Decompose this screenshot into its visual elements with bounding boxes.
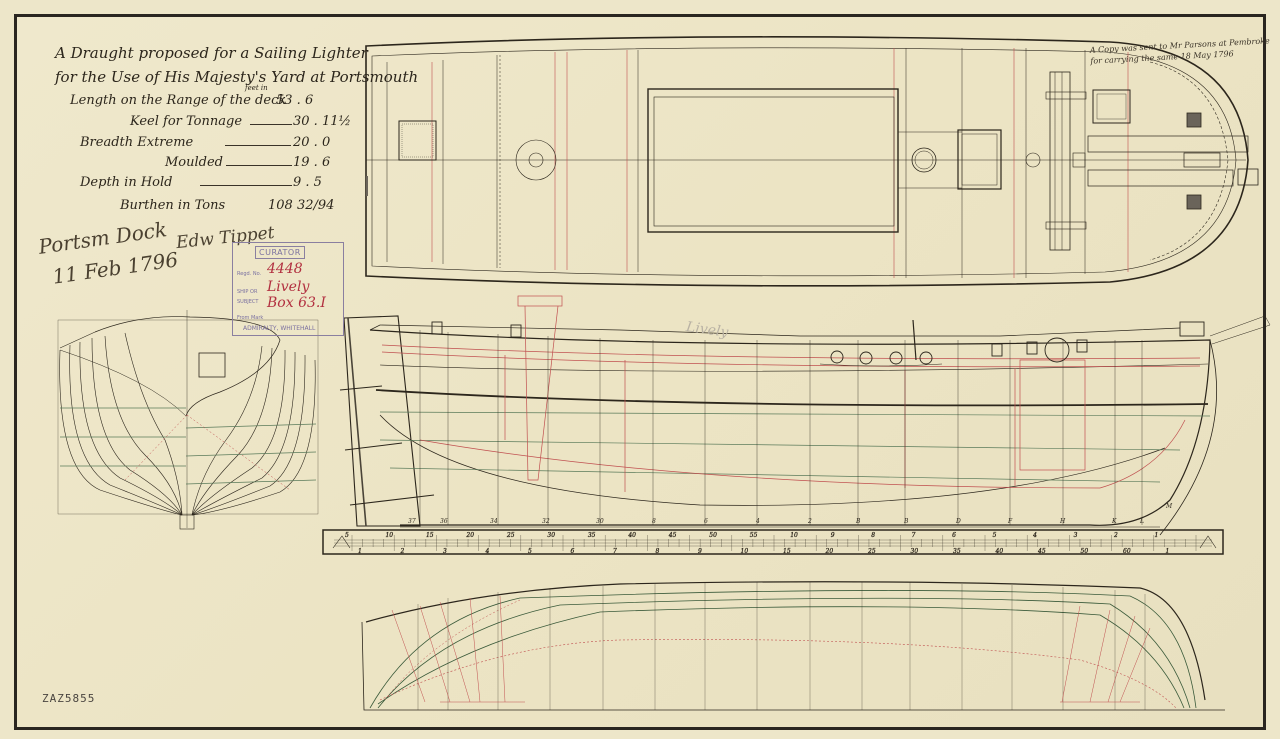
half-breadth-plan [362,582,1225,710]
stamp-footer: ADMIRALTY, WHITEHALL [243,325,315,332]
svg-text:7: 7 [613,548,617,555]
svg-text:50: 50 [709,532,717,539]
scale-ticks: 5101520253035404550551098765432112345678… [345,532,1196,555]
svg-text:25: 25 [867,548,876,555]
dimension-label: Breadth Extreme [80,135,193,150]
svg-text:8: 8 [871,532,875,539]
svg-text:F: F [1007,518,1013,525]
svg-text:8: 8 [652,518,656,525]
svg-text:L: L [1139,518,1144,525]
svg-text:4: 4 [755,518,760,525]
dimension-row-burthen: Burthen in Tons 108 32/94 [120,198,225,213]
svg-text:6: 6 [952,532,956,539]
svg-text:25: 25 [506,532,515,539]
svg-text:37: 37 [408,518,416,525]
stamp-reg-number: 4448 [267,261,303,277]
svg-text:30: 30 [547,532,555,539]
dimension-label: Keel for Tonnage [130,114,242,129]
svg-text:6: 6 [571,548,575,555]
svg-text:1: 1 [1155,532,1159,539]
station-labels: 37 36 34 32 30 8 6 4 2 B B D F H K L M [408,503,1173,525]
svg-text:2: 2 [807,518,812,525]
stamp-label: From Mark [237,315,263,321]
svg-text:30: 30 [911,548,919,555]
svg-text:M: M [1165,503,1173,510]
unit-header: feet in [245,84,268,92]
title-line-2: for the Use of His Majesty's Yard at Por… [55,68,418,86]
stamp-label: Regd. No. [237,271,261,277]
dimension-label: Burthen in Tons [120,198,225,213]
document-sheet: 37 36 34 32 30 8 6 4 2 B B D F H K L M [0,0,1280,739]
leader-line [225,145,291,146]
dimension-row-depth: Depth in Hold 9 . 5 [80,175,172,190]
svg-text:32: 32 [542,518,550,525]
svg-text:8: 8 [656,548,660,555]
svg-text:D: D [955,518,961,525]
svg-text:30: 30 [596,518,604,525]
svg-text:5: 5 [993,532,997,539]
svg-text:36: 36 [440,518,448,525]
svg-text:9: 9 [698,548,702,555]
svg-text:K: K [1111,518,1117,525]
stamp-ship-name: Lively [267,279,309,295]
body-plan [58,310,318,529]
svg-text:10: 10 [385,532,393,539]
deck-plan [366,37,1258,286]
svg-text:15: 15 [426,532,434,539]
svg-text:3: 3 [443,548,447,555]
svg-text:B: B [903,518,909,525]
ship-draught-drawing: 37 36 34 32 30 8 6 4 2 B B D F H K L M [0,0,1280,739]
dimension-value: 9 . 5 [293,175,322,190]
svg-text:10: 10 [790,532,798,539]
svg-text:4: 4 [485,548,490,555]
svg-text:20: 20 [825,548,834,555]
svg-text:6: 6 [704,518,708,525]
svg-text:7: 7 [912,532,916,539]
dimension-value: 53 . 6 [276,93,313,108]
svg-text:45: 45 [1037,548,1046,555]
svg-text:B: B [855,518,861,525]
leader-line [250,124,292,125]
svg-text:3: 3 [1074,532,1078,539]
stamp-header: CURATOR [255,246,305,259]
stamp-label: SUBJECT [237,299,258,305]
dimension-row-keel: Keel for Tonnage 30 . 11½ [130,114,242,129]
svg-text:H: H [1059,518,1066,525]
leader-line [226,165,292,166]
stamp-label: SHIP OR [237,289,257,295]
dimension-value: 19 . 6 [293,155,330,170]
dimension-value: 108 32/94 [268,198,334,213]
svg-text:60: 60 [1123,548,1131,555]
svg-text:20: 20 [465,532,474,539]
curator-stamp: CURATOR Regd. No. 4448 SHIP OR Lively SU… [232,242,344,336]
svg-text:35: 35 [953,548,961,555]
title-line-1: A Draught proposed for a Sailing Lighter [55,44,368,62]
svg-text:15: 15 [783,548,791,555]
svg-text:1: 1 [358,548,362,555]
svg-text:10: 10 [741,548,749,555]
profile-plan [340,296,1270,535]
dimension-label: Depth in Hold [80,175,172,190]
svg-text:40: 40 [995,548,1004,555]
dimension-label: Length on the Range of the deck [70,93,286,108]
dimension-label: Moulded [165,155,223,170]
dimension-row-breadth: Breadth Extreme 20 . 0 [80,135,193,150]
svg-text:2: 2 [400,548,405,555]
svg-text:2: 2 [1113,532,1118,539]
dimension-row-moulded: Moulded 19 . 6 [165,155,223,170]
svg-text:5: 5 [528,548,532,555]
dimension-value: 30 . 11½ [293,114,351,129]
svg-text:1: 1 [1166,548,1170,555]
svg-text:34: 34 [490,518,498,525]
dimension-value: 20 . 0 [293,135,330,150]
svg-text:9: 9 [831,532,835,539]
svg-text:35: 35 [588,532,596,539]
svg-text:50: 50 [1081,548,1089,555]
catalog-number: ZAZ5855 [42,692,95,705]
dimension-row-length: Length on the Range of the deck 53 . 6 [70,93,286,108]
svg-text:45: 45 [668,532,677,539]
svg-text:40: 40 [627,532,636,539]
leader-line [200,185,292,186]
svg-text:5: 5 [345,532,349,539]
svg-text:55: 55 [750,532,758,539]
svg-text:4: 4 [1032,532,1037,539]
stamp-box: Box 63.I [267,295,326,311]
